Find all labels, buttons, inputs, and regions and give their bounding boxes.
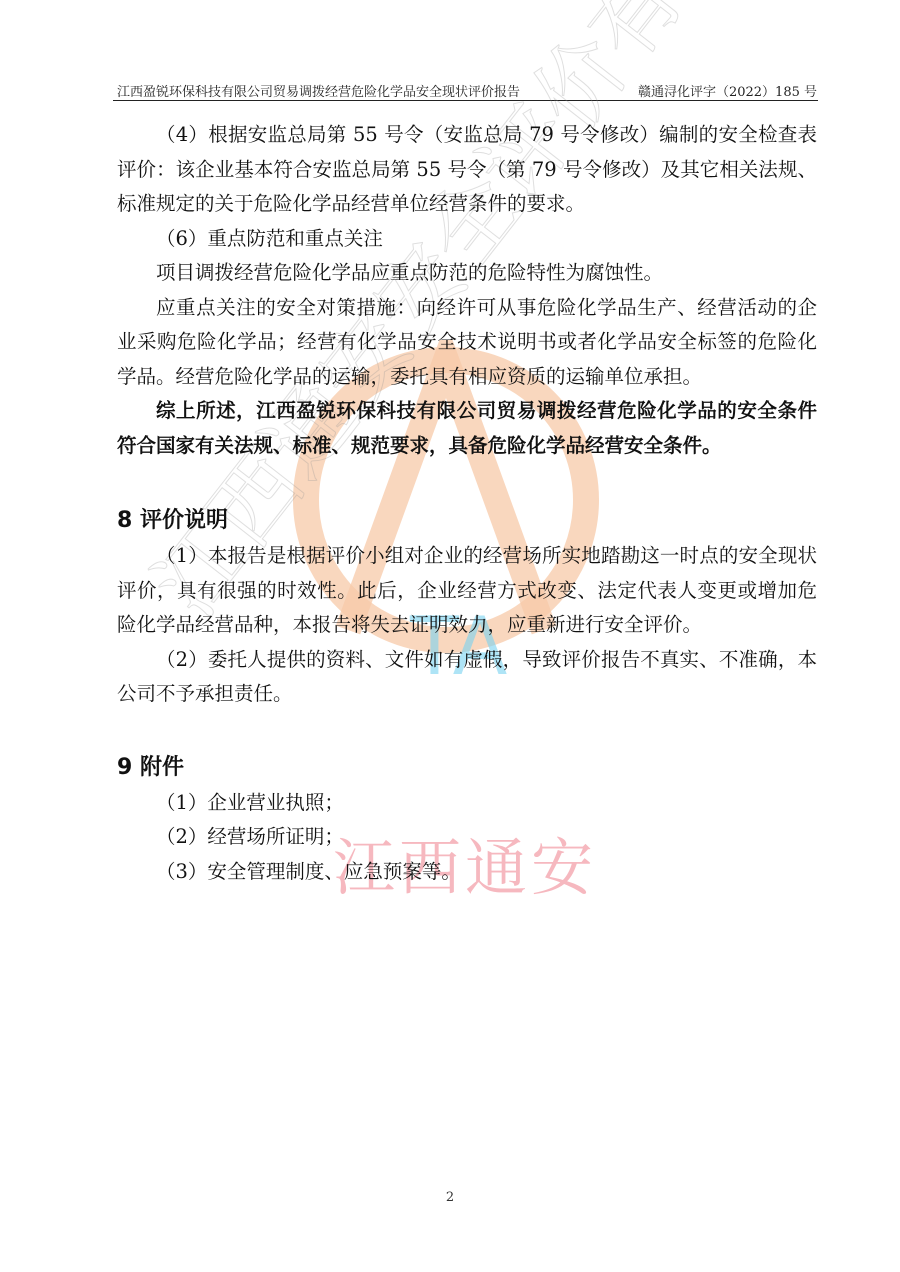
page-number: 2 (0, 1190, 900, 1205)
header-report-number: 赣通浔化评字（2022）185 号 (638, 81, 817, 100)
paragraph-safety-measures: 应重点关注的安全对策措施：向经许可从事危险化学品生产、经营活动的企业采购危险化学… (117, 291, 817, 395)
attachment-item: （3）安全管理制度、应急预案等。 (117, 855, 817, 890)
attachment-item: （1）企业营业执照； (117, 786, 817, 821)
section-8-item: （2）委托人提供的资料、文件如有虚假，导致评价报告不真实、不准确，本公司不予承担… (117, 643, 817, 712)
paragraph-conclusion: 综上所述，江西盈锐环保科技有限公司贸易调拨经营危险化学品的安全条件符合国家有关法… (117, 394, 817, 463)
section-8-item: （1）本报告是根据评价小组对企业的经营场所实地踏勘这一时点的安全现状评价，具有很… (117, 539, 817, 643)
paragraph-checklist-evaluation: （4）根据安监总局第 55 号令（安监总局 79 号令修改）编制的安全检查表评价… (117, 118, 817, 222)
paragraph-key-prevention-title: （6）重点防范和重点关注 (117, 222, 817, 257)
header-divider (113, 100, 818, 101)
section-8-title: 8 评价说明 (117, 503, 817, 539)
header-report-title: 江西盈锐环保科技有限公司贸易调拨经营危险化学品安全现状评价报告 (117, 81, 520, 100)
section-9-title: 9 附件 (117, 750, 817, 786)
paragraph-hazard-characteristic: 项目调拨经营危险化学品应重点防范的危险特性为腐蚀性。 (117, 256, 817, 291)
page-header: 江西盈锐环保科技有限公司贸易调拨经营危险化学品安全现状评价报告 赣通浔化评字（2… (117, 78, 817, 100)
document-body: （4）根据安监总局第 55 号令（安监总局 79 号令修改）编制的安全检查表评价… (117, 118, 817, 889)
attachment-item: （2）经营场所证明； (117, 820, 817, 855)
